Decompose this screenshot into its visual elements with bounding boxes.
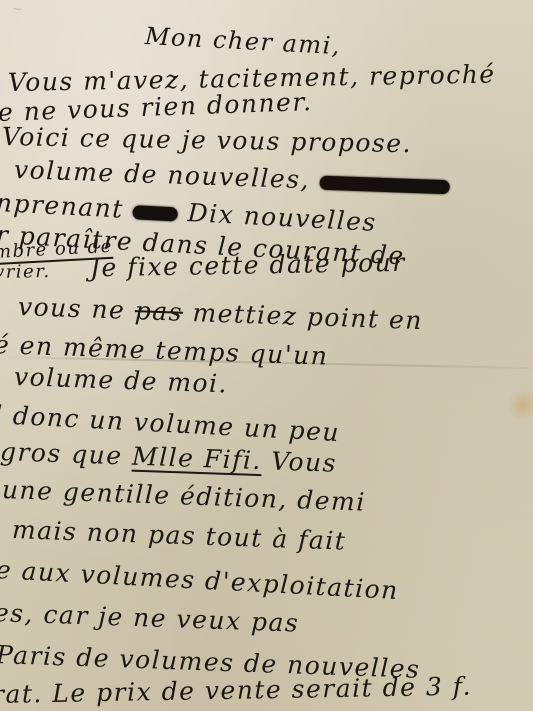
letter-line-11: volume de moi. (13, 362, 228, 398)
line-9-text-end: mettiez point en (192, 298, 423, 335)
line-8-text-end: Je fixe cette date pour (90, 248, 406, 283)
ink-blot-crossed-word (133, 205, 179, 221)
letter-page: ~ Mon cher ami, Vous m'avez, tacitement,… (0, 0, 533, 711)
crossed-word: pas (134, 296, 183, 327)
letter-line-19: rat. Le prix de vente serait de 3 f. (0, 672, 472, 709)
letter-line-8: vrier. Je fixe cette date pour (0, 248, 406, 284)
paper-stain (508, 388, 533, 422)
line-4-text: volume de nouvelles, (13, 155, 310, 194)
line-5-text-start: nprenant (0, 188, 125, 224)
letter-line-17: es, car je ne veux pas (0, 598, 300, 638)
letter-line-16: e aux volumes d'exploitation (0, 555, 400, 605)
ink-blot-crossed-word (319, 175, 449, 194)
line-13-text-end: Vous (271, 446, 338, 477)
letter-line-3: Voici ce que je vous propose. (2, 122, 412, 158)
letter-line-9: vous ne pas mettiez point en (17, 292, 423, 335)
line-8-text-start: vrier. (0, 261, 51, 283)
faded-corner-mark: ~ (12, 2, 22, 16)
underlined-title: Mlle Fifi. (132, 442, 263, 476)
letter-line-14: une gentille édition, demi (1, 475, 366, 517)
salutation: Mon cher ami, (144, 22, 341, 60)
line-9-text-start: vous ne (17, 292, 125, 325)
line-13-text-start: gros que (0, 437, 123, 470)
letter-line-15: mais non pas tout à fait (11, 515, 346, 556)
